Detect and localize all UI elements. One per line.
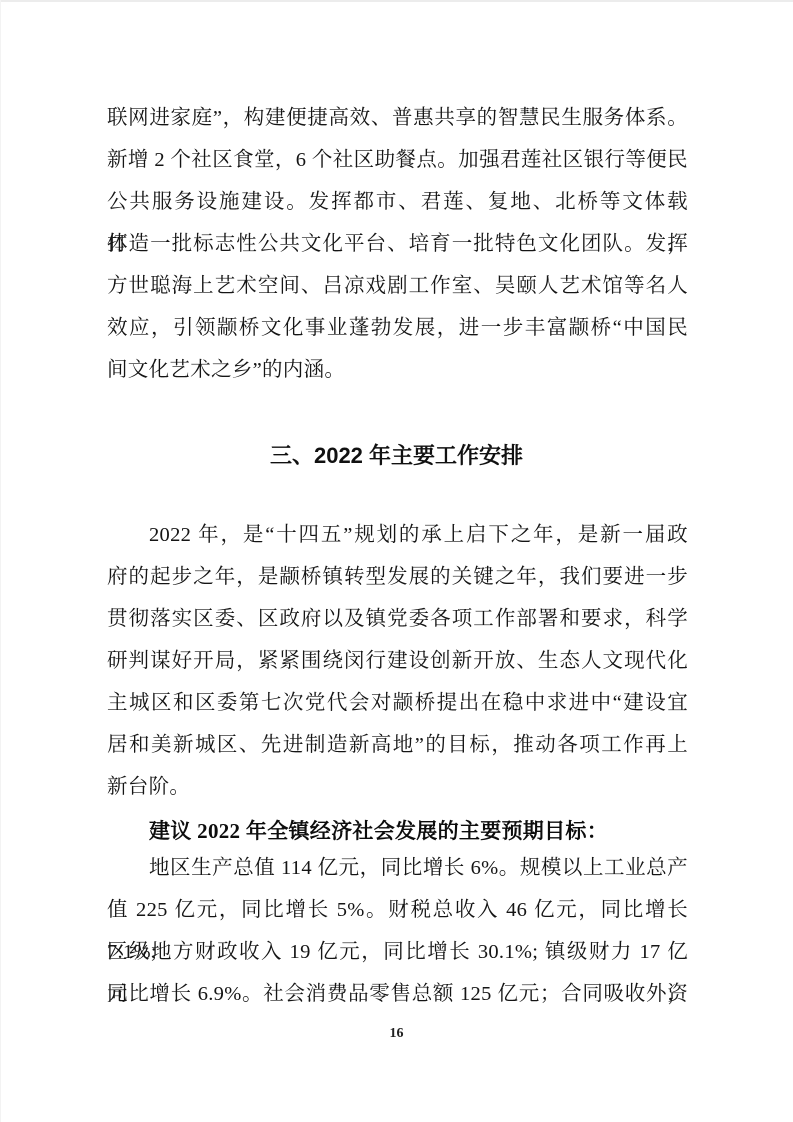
page-top-edge (0, 0, 793, 2)
text-line: 间文化艺术之乡”的内涵。 (107, 349, 688, 391)
text-line: 新增 2 个社区食堂，6 个社区助餐点。加强君莲社区银行等便民 (107, 139, 688, 181)
text-line: 打造一批标志性公共文化平台、培育一批特色文化团队。发挥 (107, 223, 688, 265)
paragraph-economic-targets: 地区生产总值 114 亿元，同比增长 6%。规模以上工业总产值 225 亿元，同… (107, 847, 688, 1015)
text-line: 贯彻落实区委、区政府以及镇党委各项工作部署和要求，科学 (107, 598, 688, 640)
text-line: 值 225 亿元，同比增长 5%。财税总收入 46 亿元，同比增长 7.1%; (107, 889, 688, 931)
text-line: 效应，引领颛桥文化事业蓬勃发展，进一步丰富颛桥“中国民 (107, 307, 688, 349)
text-line: 方世聪海上艺术空间、吕凉戏剧工作室、吴颐人艺术馆等名人 (107, 265, 688, 307)
text-line: 公共服务设施建设。发挥都市、君莲、复地、北桥等文体载体， (107, 181, 688, 223)
page-left-edge (0, 0, 1, 1122)
text-line: 2022 年，是“十四五”规划的承上启下之年，是新一届政 (107, 514, 688, 556)
text-line: 地区生产总值 114 亿元，同比增长 6%。规模以上工业总产 (107, 847, 688, 889)
text-line: 区级地方财政收入 19 亿元，同比增长 30.1%; 镇级财力 17 亿元， (107, 931, 688, 973)
paragraph-smart-services-culture: 联网进家庭”，构建便捷高效、普惠共享的智慧民生服务体系。新增 2 个社区食堂，6… (107, 97, 688, 391)
text-line: 研判谋好开局，紧紧围绕闵行建设创新开放、生态人文现代化 (107, 640, 688, 682)
text-line: 主城区和区委第七次党代会对颛桥提出在稳中求进中“建设宜 (107, 682, 688, 724)
targets-heading: 建议 2022 年全镇经济社会发展的主要预期目标： (107, 810, 688, 852)
text-line: 新台阶。 (107, 766, 688, 808)
text-line: 府的起步之年，是颛桥镇转型发展的关键之年，我们要进一步 (107, 556, 688, 598)
document-page: 联网进家庭”，构建便捷高效、普惠共享的智慧民生服务体系。新增 2 个社区食堂，6… (0, 0, 793, 1122)
text-line: 居和美新城区、先进制造新高地”的目标，推动各项工作再上 (107, 724, 688, 766)
section-heading-2022-work-plan: 三、2022 年主要工作安排 (0, 441, 793, 471)
paragraph-2022-outlook: 2022 年，是“十四五”规划的承上启下之年，是新一届政府的起步之年，是颛桥镇转… (107, 514, 688, 808)
text-line: 联网进家庭”，构建便捷高效、普惠共享的智慧民生服务体系。 (107, 97, 688, 139)
page-number: 16 (0, 1024, 793, 1044)
text-line: 同比增长 6.9%。社会消费品零售总额 125 亿元；合同吸收外资 (107, 973, 688, 1015)
